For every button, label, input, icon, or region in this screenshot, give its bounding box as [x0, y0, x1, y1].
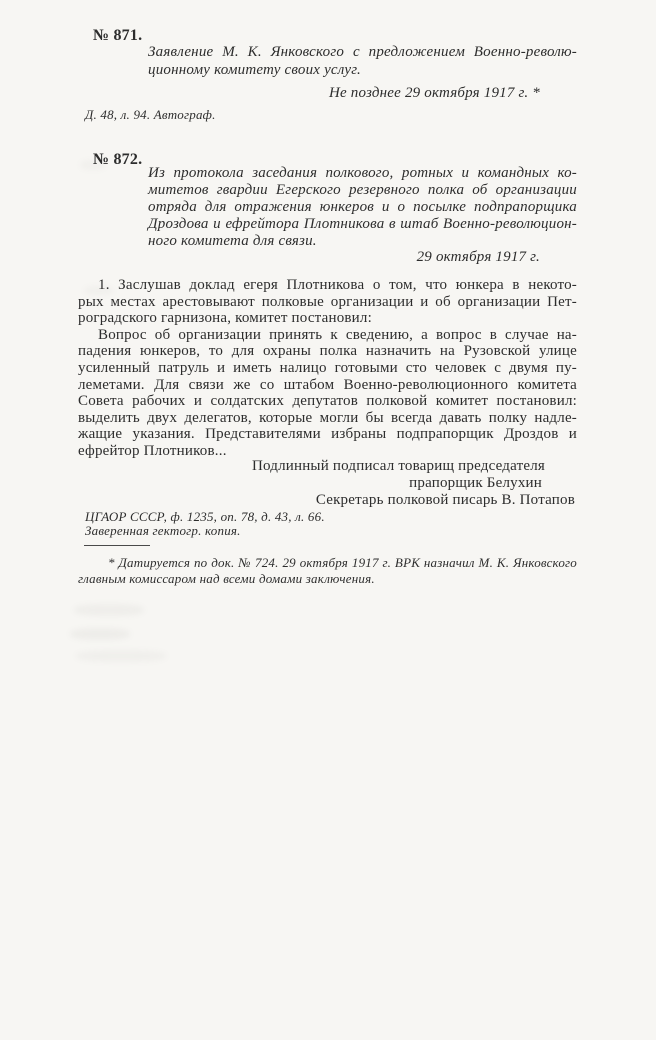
doc-872-copy-note: Заверенная гектогр. копия. [85, 524, 241, 538]
document-page: № 871. Заявление М. К. Янковского с пред… [0, 0, 656, 1040]
footnote-line: главным комиссаром над всеми домами закл… [78, 572, 577, 586]
doc-872-number: № 872. [93, 151, 142, 169]
doc-872-body-line: усиленный патруль и иметь налицо готовым… [78, 360, 577, 377]
scan-artifact [70, 628, 130, 640]
doc-872-date: 29 октября 1917 г. [148, 249, 540, 266]
scan-artifact [74, 604, 144, 616]
footnote-separator-rule [84, 545, 150, 546]
doc-871-number: № 871. [93, 27, 142, 45]
footnote-line: * Датируется по док. № 724. 29 октября 1… [78, 556, 577, 570]
doc-872-title-line: митетов гвардии Егерского резервного пол… [148, 182, 577, 199]
doc-872-signature-line: Подлинный подписал товарищ председателя [252, 458, 545, 475]
doc-872-body-line: выделить двух делегатов, которые могли б… [78, 410, 577, 427]
doc-872-title-line: отряда для отражения юнкеров и о посылке… [148, 199, 577, 216]
doc-872-body-line: падения юнкеров, то для охраны полка наз… [78, 343, 577, 360]
doc-872-body-line: 1. Заслушав доклад егеря Плотникова о то… [78, 277, 577, 294]
doc-872-title-line: ного комитета для связи. [148, 233, 577, 250]
doc-872-body-line: Совета рабочих и солдатских депутатов по… [78, 393, 577, 410]
doc-872-title-line: Дроздова и ефрейтора Плотникова в штаб В… [148, 216, 577, 233]
doc-872-body-line: рых местах арестовывают полковые организ… [78, 294, 577, 311]
scan-artifact [76, 650, 166, 662]
doc-872-body-line: жащие указания. Представителями избраны … [78, 426, 577, 443]
doc-872-body-line: Вопрос об организации принять к сведению… [78, 327, 577, 344]
doc-871-date: Не позднее 29 октября 1917 г. * [148, 85, 540, 102]
doc-872-body-line: леметами. Для связи же со штабом Военно-… [78, 377, 577, 394]
doc-871-title-line: Заявление М. К. Янковского с предложение… [148, 44, 577, 61]
doc-872-signature-line: прапорщик Белухин [409, 475, 542, 492]
doc-872-body-line: роградского гарнизона, комитет постанови… [78, 310, 577, 327]
doc-872-title-line: Из протокола заседания полкового, ротных… [148, 165, 577, 182]
doc-872-signature-line: Секретарь полковой писарь В. Потапов [316, 492, 575, 509]
doc-871-archive-reference: Д. 48, л. 94. Автограф. [85, 108, 216, 122]
doc-871-title-line: ционному комитету своих услуг. [148, 62, 577, 79]
